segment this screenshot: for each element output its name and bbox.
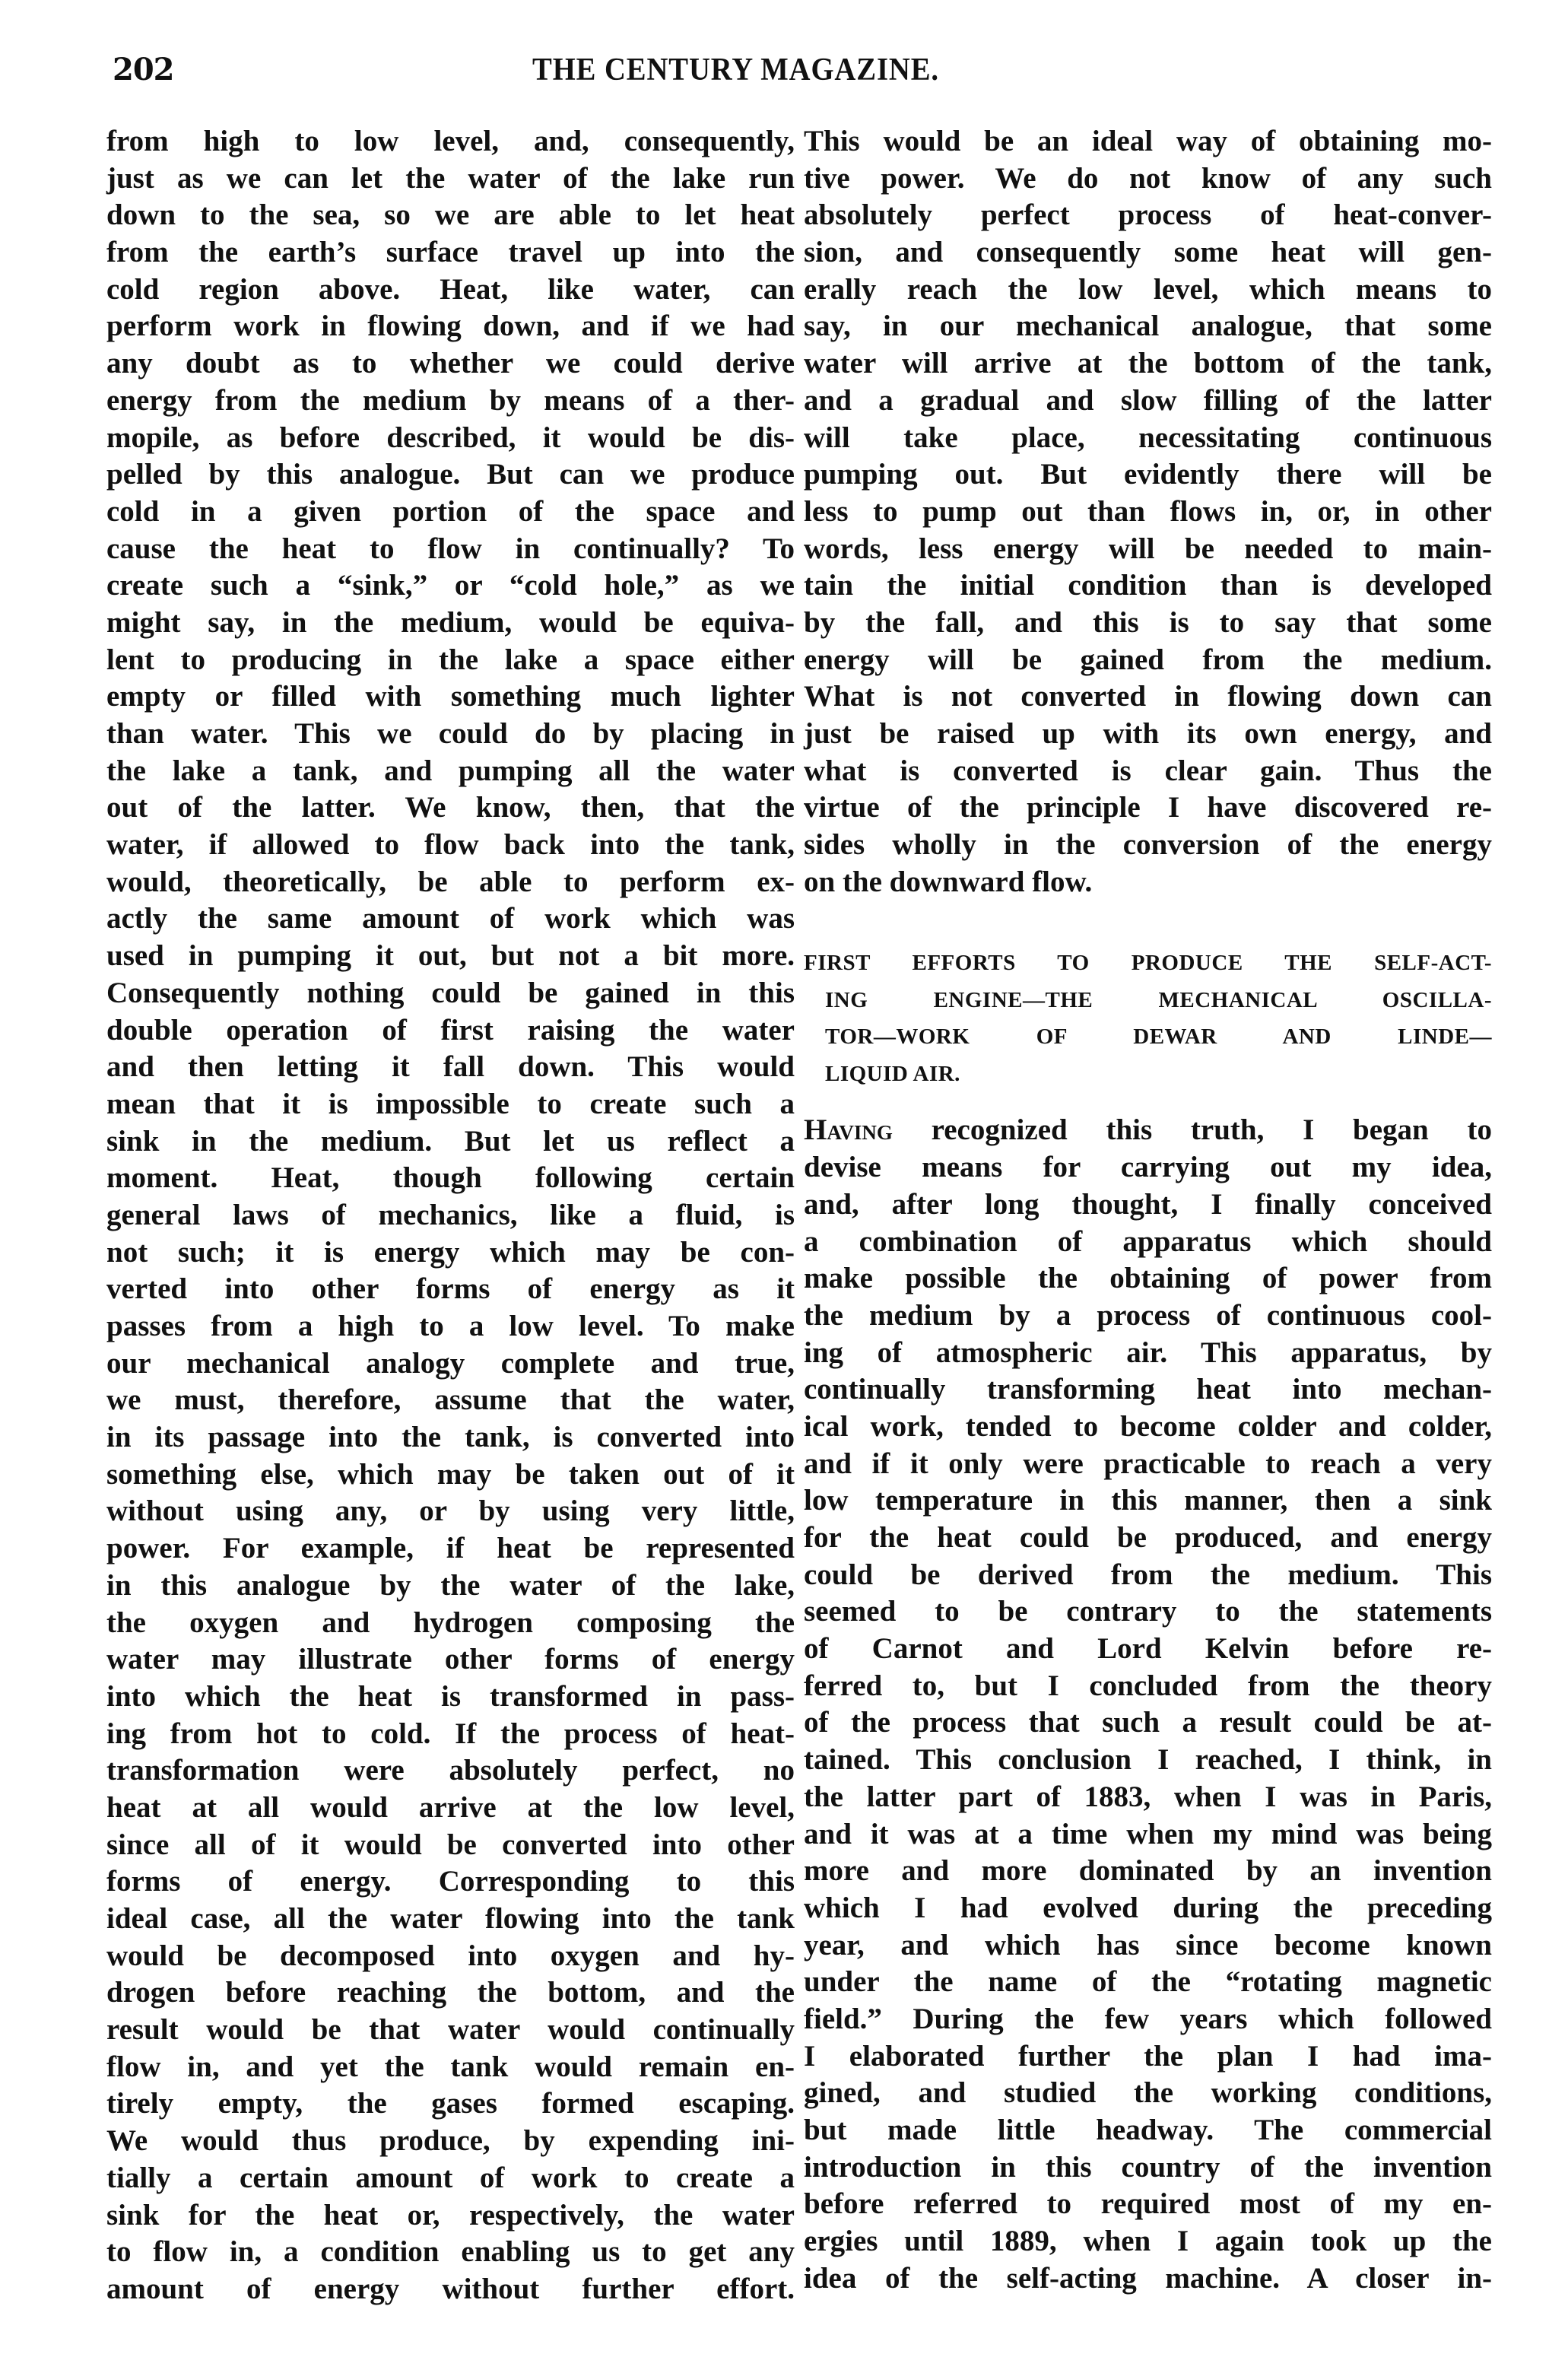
text-line: This would be an ideal way of obtaining …	[804, 123, 1492, 160]
text-line: we must, therefore, assume that the wate…	[106, 1382, 795, 1419]
text-line: water, if allowed to flow back into the …	[106, 827, 795, 864]
text-line: under the name of the “rotating magnetic	[804, 1964, 1492, 2001]
text-line: tive power. We do not know of any such	[804, 160, 1492, 198]
text-line: erally reach the low level, which means …	[804, 272, 1492, 309]
text-line: would be decomposed into oxygen and hy-	[106, 1938, 795, 1975]
text-line: cold region above. Heat, like water, can	[106, 272, 795, 309]
text-line: used in pumping it out, but not a bit mo…	[106, 938, 795, 975]
text-line: What is not converted in flowing down ca…	[804, 678, 1492, 716]
text-line: idea of the self-acting machine. A close…	[804, 2260, 1492, 2298]
text-line: the oxygen and hydrogen composing the	[106, 1605, 795, 1642]
text-line: but made little headway. The commercial	[804, 2112, 1492, 2149]
text-line: drogen before reaching the bottom, and t…	[106, 1974, 795, 2012]
page-number: 202	[113, 52, 174, 87]
text-line: from high to low level, and, consequentl…	[106, 123, 795, 160]
paragraph-continuation: This would be an ideal way of obtaining …	[804, 123, 1492, 901]
text-line: create such a “sink,” or “cold hole,” as…	[106, 567, 795, 605]
text-line: seemed to be contrary to the statements	[804, 1593, 1492, 1631]
text-line: double operation of first raising the wa…	[106, 1012, 795, 1050]
text-line: out of the latter. We know, then, that t…	[106, 789, 795, 827]
text-line: sides wholly in the conversion of the en…	[804, 827, 1492, 864]
text-line: mean that it is impossible to create suc…	[106, 1086, 795, 1123]
text-line: say, in our mechanical analogue, that so…	[804, 308, 1492, 345]
text-line: which I had evolved during the preceding	[804, 1890, 1492, 1927]
text-line: general laws of mechanics, like a fluid,…	[106, 1197, 795, 1234]
text-line: water will arrive at the bottom of the t…	[804, 345, 1492, 383]
text-line: sink for the heat or, respectively, the …	[106, 2197, 795, 2235]
text-line: sink in the medium. But let us reflect a	[106, 1123, 795, 1161]
text-line: any doubt as to whether we could derive	[106, 345, 795, 383]
text-line: ideal case, all the water flowing into t…	[106, 1901, 795, 1938]
text-line: introduction in this country of the inve…	[804, 2149, 1492, 2187]
right-column: This would be an ideal way of obtaining …	[804, 123, 1492, 2297]
text-line: more and more dominated by an invention	[804, 1853, 1492, 1890]
text-line: devise means for carrying out my idea,	[804, 1149, 1492, 1186]
text-line: in its passage into the tank, is convert…	[106, 1419, 795, 1456]
text-line: low temperature in this manner, then a s…	[804, 1482, 1492, 1520]
text-line: energy from the medium by means of a the…	[106, 383, 795, 420]
paragraph-having: Having recognized this truth, I began to…	[804, 1112, 1492, 2297]
text-line: down to the sea, so we are able to let h…	[106, 197, 795, 234]
text-line: We would thus produce, by expending ini-	[106, 2123, 795, 2160]
text-line: on the downward flow.	[804, 864, 1492, 901]
text-line: flow in, and yet the tank would remain e…	[106, 2049, 795, 2086]
text-line: just be raised up with its own energy, a…	[804, 716, 1492, 753]
text-line: before referred to required most of my e…	[804, 2186, 1492, 2223]
text-line: empty or filled with something much ligh…	[106, 678, 795, 716]
text-line: actly the same amount of work which was	[106, 901, 795, 938]
text-line: year, and which has since become known	[804, 1927, 1492, 1965]
text-line: passes from a high to a low level. To ma…	[106, 1308, 795, 1345]
text-line: heat at all would arrive at the low leve…	[106, 1790, 795, 1827]
subheading-line: TOR—WORK OF DEWAR AND LINDE—	[804, 1018, 1492, 1056]
text-line: ing from hot to cold. If the process of …	[106, 1716, 795, 1753]
text-line: the latter part of 1883, when I was in P…	[804, 1779, 1492, 1816]
text-line: pelled by this analogue. But can we prod…	[106, 456, 795, 494]
text-line: not such; it is energy which may be con-	[106, 1234, 795, 1272]
text-line: absolutely perfect process of heat-conve…	[804, 197, 1492, 234]
text-line: what is converted is clear gain. Thus th…	[804, 753, 1492, 790]
text-line: might say, in the medium, would be equiv…	[106, 605, 795, 642]
subheading-line: FIRST EFFORTS TO PRODUCE THE SELF-ACT-	[804, 945, 1492, 982]
text-line: pumping out. But evidently there will be	[804, 456, 1492, 494]
text-line: verted into other forms of energy as it	[106, 1271, 795, 1308]
text-line: ing of atmospheric air. This apparatus, …	[804, 1335, 1492, 1372]
text-line: something else, which may be taken out o…	[106, 1456, 795, 1494]
text-line: to flow in, a condition enabling us to g…	[106, 2234, 795, 2271]
text-line: less to pump out than flows in, or, in o…	[804, 494, 1492, 531]
text-line: from the earth’s surface travel up into …	[106, 234, 795, 272]
subheading-line: ING ENGINE—THE MECHANICAL OSCILLA-	[804, 982, 1492, 1019]
text-line: of Carnot and Lord Kelvin before re-	[804, 1631, 1492, 1668]
text-line: tained. This conclusion I reached, I thi…	[804, 1742, 1492, 1779]
text-line: energy will be gained from the medium.	[804, 642, 1492, 679]
text-line: without using any, or by using very litt…	[106, 1493, 795, 1530]
text-line: for the heat could be produced, and ener…	[804, 1520, 1492, 1557]
text-line: moment. Heat, though following certain	[106, 1160, 795, 1197]
text-line: Having recognized this truth, I began to	[804, 1112, 1492, 1149]
text-line: I elaborated further the plan I had ima-	[804, 2038, 1492, 2076]
text-line: ergies until 1889, when I again took up …	[804, 2223, 1492, 2260]
text-line: could be derived from the medium. This	[804, 1557, 1492, 1594]
section-subheading: FIRST EFFORTS TO PRODUCE THE SELF-ACT-IN…	[804, 945, 1492, 1092]
text-line: since all of it would be converted into …	[106, 1827, 795, 1864]
text-line: and if it only were practicable to reach…	[804, 1446, 1492, 1483]
text-line: and, after long thought, I finally conce…	[804, 1186, 1492, 1224]
text-line: field.” During the few years which follo…	[804, 2001, 1492, 2038]
text-line: into which the heat is transformed in pa…	[106, 1679, 795, 1716]
text-line: make possible the obtaining of power fro…	[804, 1260, 1492, 1298]
text-line: cause the heat to flow in continually? T…	[106, 531, 795, 568]
text-line: than water. This we could do by placing …	[106, 716, 795, 753]
text-line: will take place, necessitating continuou…	[804, 420, 1492, 457]
text-line: virtue of the principle I have discovere…	[804, 789, 1492, 827]
text-line: a combination of apparatus which should	[804, 1224, 1492, 1261]
text-line: perform work in flowing down, and if we …	[106, 308, 795, 345]
text-line: just as we can let the water of the lake…	[106, 160, 795, 198]
text-line: words, less energy will be needed to mai…	[804, 531, 1492, 568]
text-line: continually transforming heat into mecha…	[804, 1371, 1492, 1409]
text-line: our mechanical analogy complete and true…	[106, 1345, 795, 1383]
text-line: and it was at a time when my mind was be…	[804, 1816, 1492, 1854]
text-line: water may illustrate other forms of ener…	[106, 1641, 795, 1679]
text-line: gined, and studied the working condition…	[804, 2075, 1492, 2112]
text-line: result would be that water would continu…	[106, 2012, 795, 2049]
left-column: from high to low level, and, consequentl…	[106, 123, 795, 2308]
text-line: the lake a tank, and pumping all the wat…	[106, 753, 795, 790]
text-line: and then letting it fall down. This woul…	[106, 1049, 795, 1086]
text-line: amount of energy without further effort.	[106, 2271, 795, 2308]
text-line: sion, and consequently some heat will ge…	[804, 234, 1492, 272]
text-line: would, theoretically, be able to perform…	[106, 864, 795, 901]
text-line: power. For example, if heat be represent…	[106, 1530, 795, 1568]
text-line: tain the initial condition than is devel…	[804, 567, 1492, 605]
text-line: the medium by a process of continuous co…	[804, 1298, 1492, 1335]
subheading-line: LIQUID AIR.	[804, 1056, 1492, 1093]
text-line: ferred to, but I concluded from the theo…	[804, 1668, 1492, 1705]
text-line: tially a certain amount of work to creat…	[106, 2160, 795, 2197]
dropword: Having	[804, 1113, 893, 1146]
text-line: mopile, as before described, it would be…	[106, 420, 795, 457]
text-line: cold in a given portion of the space and	[106, 494, 795, 531]
text-line: tirely empty, the gases formed escaping.	[106, 2085, 795, 2123]
running-title: THE CENTURY MAGAZINE.	[532, 52, 1022, 88]
text-line: lent to producing in the lake a space ei…	[106, 642, 795, 679]
text-line: of the process that such a result could …	[804, 1704, 1492, 1742]
text-line: Consequently nothing could be gained in …	[106, 975, 795, 1012]
text-line: transformation were absolutely perfect, …	[106, 1752, 795, 1790]
text-line: forms of energy. Corresponding to this	[106, 1863, 795, 1901]
text-line: ical work, tended to become colder and c…	[804, 1409, 1492, 1446]
text-line: by the fall, and this is to say that som…	[804, 605, 1492, 642]
text-line: and a gradual and slow filling of the la…	[804, 383, 1492, 420]
text-line: in this analogue by the water of the lak…	[106, 1568, 795, 1605]
